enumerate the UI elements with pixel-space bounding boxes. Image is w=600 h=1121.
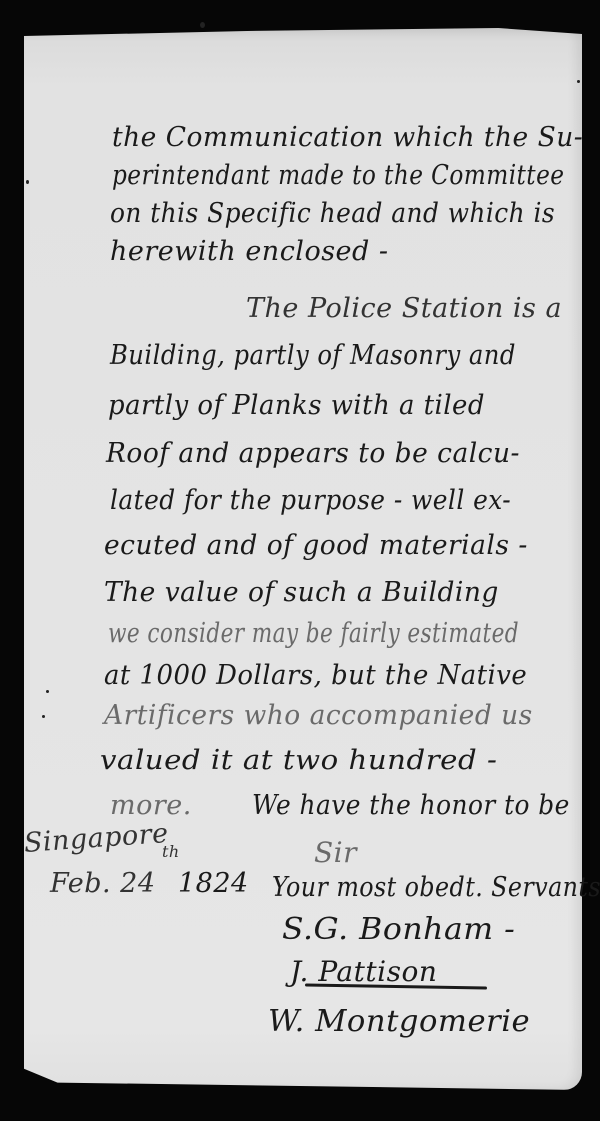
margin-mark <box>26 180 29 184</box>
body-line-8: Roof and appears to be calcu- <box>106 438 520 469</box>
body-line-16: more. <box>110 790 192 821</box>
dateline-day-suffix: th <box>162 842 180 861</box>
body-line-13: at 1000 Dollars, but the Native <box>104 660 527 691</box>
dateline-year: 1824 <box>178 868 249 899</box>
signature-montgomerie: W. Montgomerie <box>268 1004 530 1039</box>
body-line-9: lated for the purpose - well ex- <box>110 485 511 516</box>
closing-line: We have the honor to be <box>252 790 570 821</box>
margin-mark <box>46 690 49 693</box>
signature-bonham: S.G. Bonham - <box>282 912 515 947</box>
closing-servants: Your most obedt. Servants <box>272 872 600 903</box>
body-line-10: ecuted and of good materials - <box>104 530 528 561</box>
body-line-12: we consider may be fairly estimated <box>108 618 519 649</box>
body-line-14: Artificers who accompanied us <box>104 700 533 731</box>
body-line-3: on this Specific head and which is <box>110 198 555 229</box>
document-scan: the Communication which the Su- perinten… <box>0 0 600 1121</box>
salutation: Sir <box>314 836 357 869</box>
ink-speck <box>200 22 205 28</box>
body-line-2: perintendant made to the Committee <box>112 160 564 191</box>
body-line-6: Building, partly of Masonry and <box>110 340 516 371</box>
body-line-4: herewith enclosed - <box>110 236 389 267</box>
ink-speck <box>577 80 580 83</box>
margin-mark <box>42 715 45 718</box>
body-line-1: the Communication which the Su- <box>112 122 583 153</box>
body-line-7: partly of Planks with a tiled <box>108 390 485 421</box>
dateline-day: Feb. 24 <box>50 868 156 899</box>
body-line-11: The value of such a Building <box>104 577 499 608</box>
body-line-15: valued it at two hundred - <box>100 745 497 776</box>
body-line-5: The Police Station is a <box>246 293 562 324</box>
